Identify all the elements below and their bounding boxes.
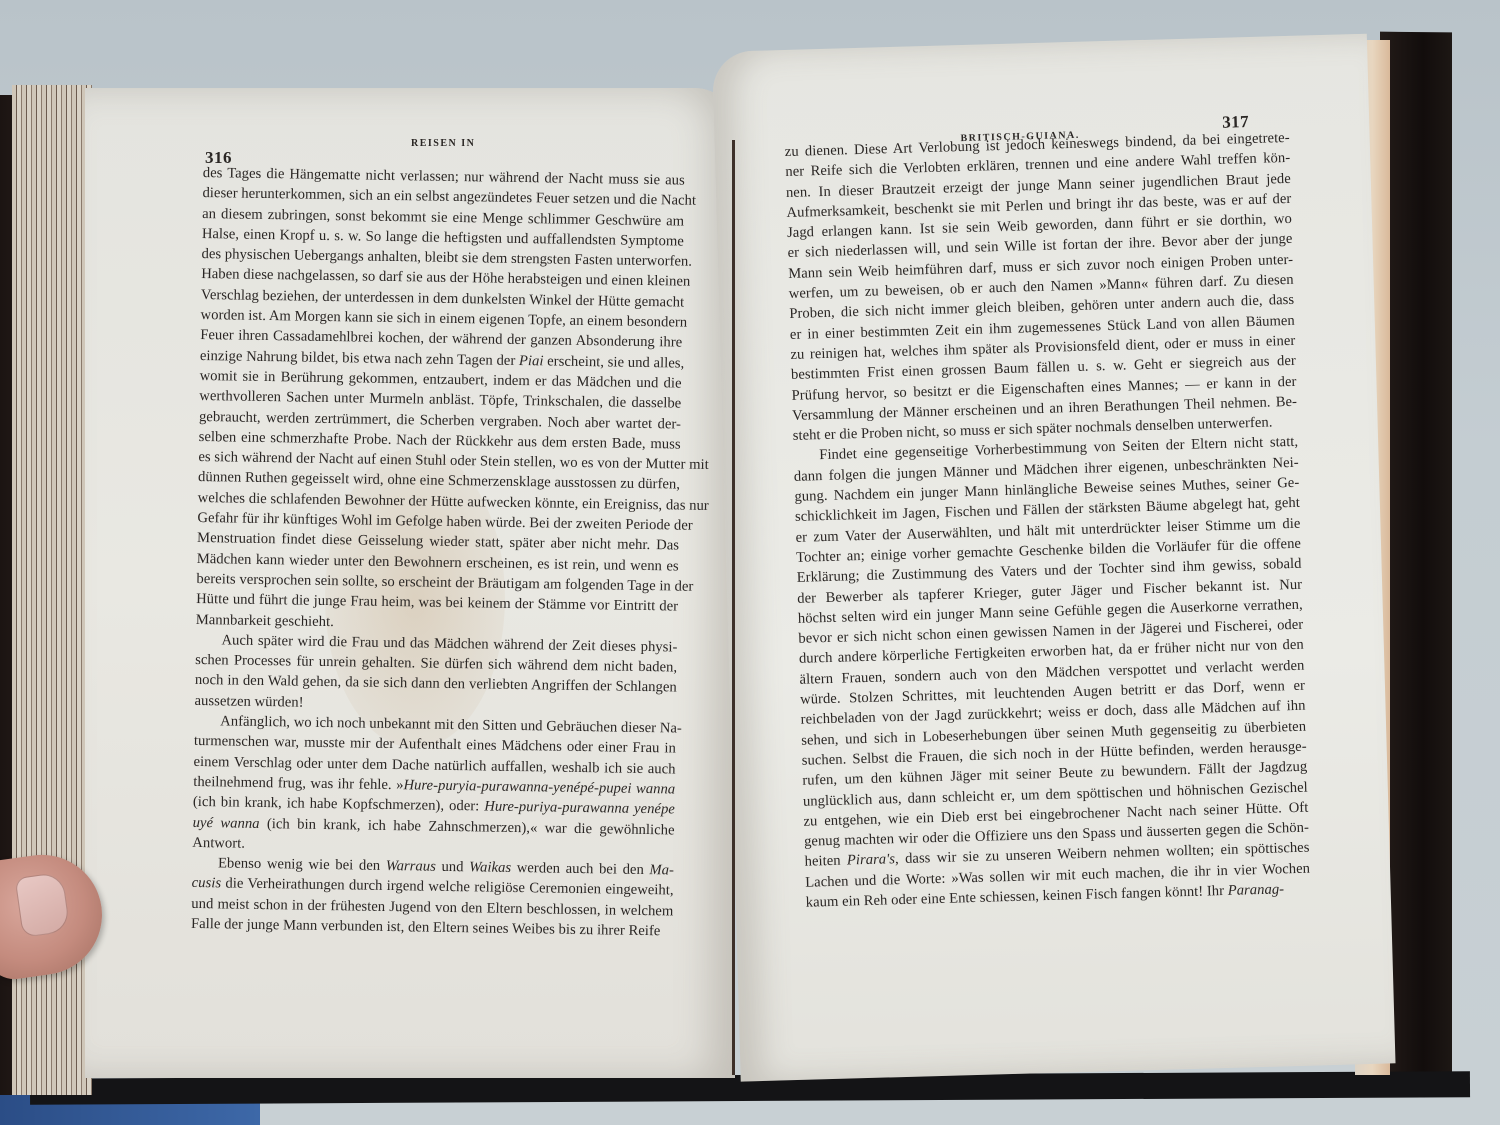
left-page: 316 REISEN IN des Tages die Hängematte n… bbox=[85, 88, 735, 1078]
right-page: 317 BRITISCH-GUIANA. zu dienen. Diese Ar… bbox=[712, 34, 1396, 1082]
running-head-left: REISEN IN bbox=[411, 138, 475, 149]
left-page-body: des Tages die Hängematte nicht verlassen… bbox=[191, 163, 685, 942]
right-page-body: zu dienen. Diese Art Verlobung ist jedoc… bbox=[785, 128, 1311, 913]
book-gutter bbox=[732, 140, 735, 1075]
thumbnail-fingernail bbox=[15, 872, 71, 938]
photo-scene: 316 REISEN IN des Tages die Hängematte n… bbox=[0, 0, 1500, 1125]
